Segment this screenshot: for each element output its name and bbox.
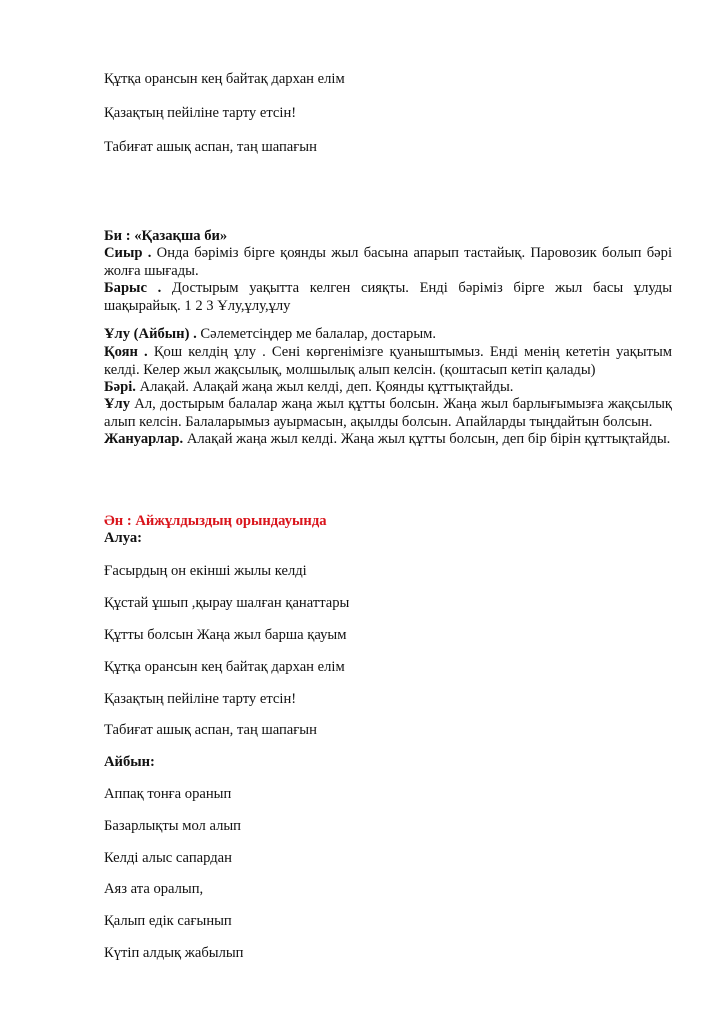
speaker-text: Ал, достырым балалар жаңа жыл құтты болс…	[104, 396, 672, 430]
speaker-name: Ұлу (Айбын) .	[104, 326, 197, 342]
dialogue-paragraph: Бәрі. Алақай. Алақай жаңа жыл келді, деп…	[104, 379, 672, 397]
song-line: Аппақ тонға оранып	[104, 786, 231, 803]
song-line: Табиғат ашық аспан, таң шапағын	[104, 722, 317, 739]
verse-line: Қазақтың пейіліне тарту етсін!	[104, 105, 296, 122]
speaker-name: Бәрі.	[104, 379, 136, 395]
dialogue-paragraph: Сиыр . Онда бәріміз бірге қоянды жыл бас…	[104, 245, 672, 280]
dialogue-paragraph: Қоян . Қош келдің ұлу . Сені көргенімізг…	[104, 344, 672, 379]
song-line: Құстай ұшып ,қырау шалған қанаттары	[104, 595, 349, 612]
song-line: Ғасырдың он екінші жылы келді	[104, 563, 307, 580]
song-line: Аяз ата оралып,	[104, 881, 203, 898]
dialogue-paragraph: Барыс . Достырым уақытта келген сияқты. …	[104, 280, 672, 315]
speaker-text: Алақай жаңа жыл келді. Жаңа жыл құтты бо…	[183, 431, 670, 447]
speaker-name: Барыс .	[104, 280, 161, 296]
speaker-text: Онда бәріміз бірге қоянды жыл басына апа…	[104, 245, 672, 279]
speaker-text: Алақай. Алақай жаңа жыл келді, деп. Қоян…	[136, 379, 513, 395]
speaker-name: Ұлу	[104, 396, 130, 412]
speaker-text: Сәлеметсіңдер ме балалар, достарым.	[197, 326, 436, 342]
song-line: Базарлықты мол алып	[104, 818, 241, 835]
verse-line: Құтқа орансын кең байтақ дархан елім	[104, 71, 345, 88]
dance-heading: Би : «Қазақша би»	[104, 228, 227, 245]
speaker-name: Қоян .	[104, 344, 148, 360]
song-line: Қазақтың пейіліне тарту етсін!	[104, 691, 296, 708]
dialogue-paragraph: Ұлу Ал, достырым балалар жаңа жыл құтты …	[104, 396, 672, 431]
song-line: Құтқа орансын кең байтақ дархан елім	[104, 659, 345, 676]
speaker-text: Достырым уақытта келген сияқты. Енді бәр…	[104, 280, 672, 314]
speaker-name: Сиыр .	[104, 245, 151, 261]
song-heading: Ән : Айжұлдыздың орындауында	[104, 513, 327, 530]
verse-line: Табиғат ашық аспан, таң шапағын	[104, 139, 317, 156]
speaker-text: Қош келдің ұлу . Сені көргенімізге қуаны…	[104, 344, 672, 378]
song-line: Келді алыс сапардан	[104, 850, 232, 867]
song-line: Қалып едік сағынып	[104, 913, 232, 930]
song-line: Құтты болсын Жаңа жыл барша қауым	[104, 627, 346, 644]
dialogue-paragraph: Жануарлар. Алақай жаңа жыл келді. Жаңа ж…	[104, 431, 672, 449]
song-line: Күтіп алдық жабылып	[104, 945, 243, 962]
dialogue-paragraph: Ұлу (Айбын) . Сәлеметсіңдер ме балалар, …	[104, 326, 672, 344]
speaker-name: Жануарлар.	[104, 431, 183, 447]
part-label-alua: Алуа:	[104, 530, 142, 547]
part-label-aibyn: Айбын:	[104, 754, 155, 771]
